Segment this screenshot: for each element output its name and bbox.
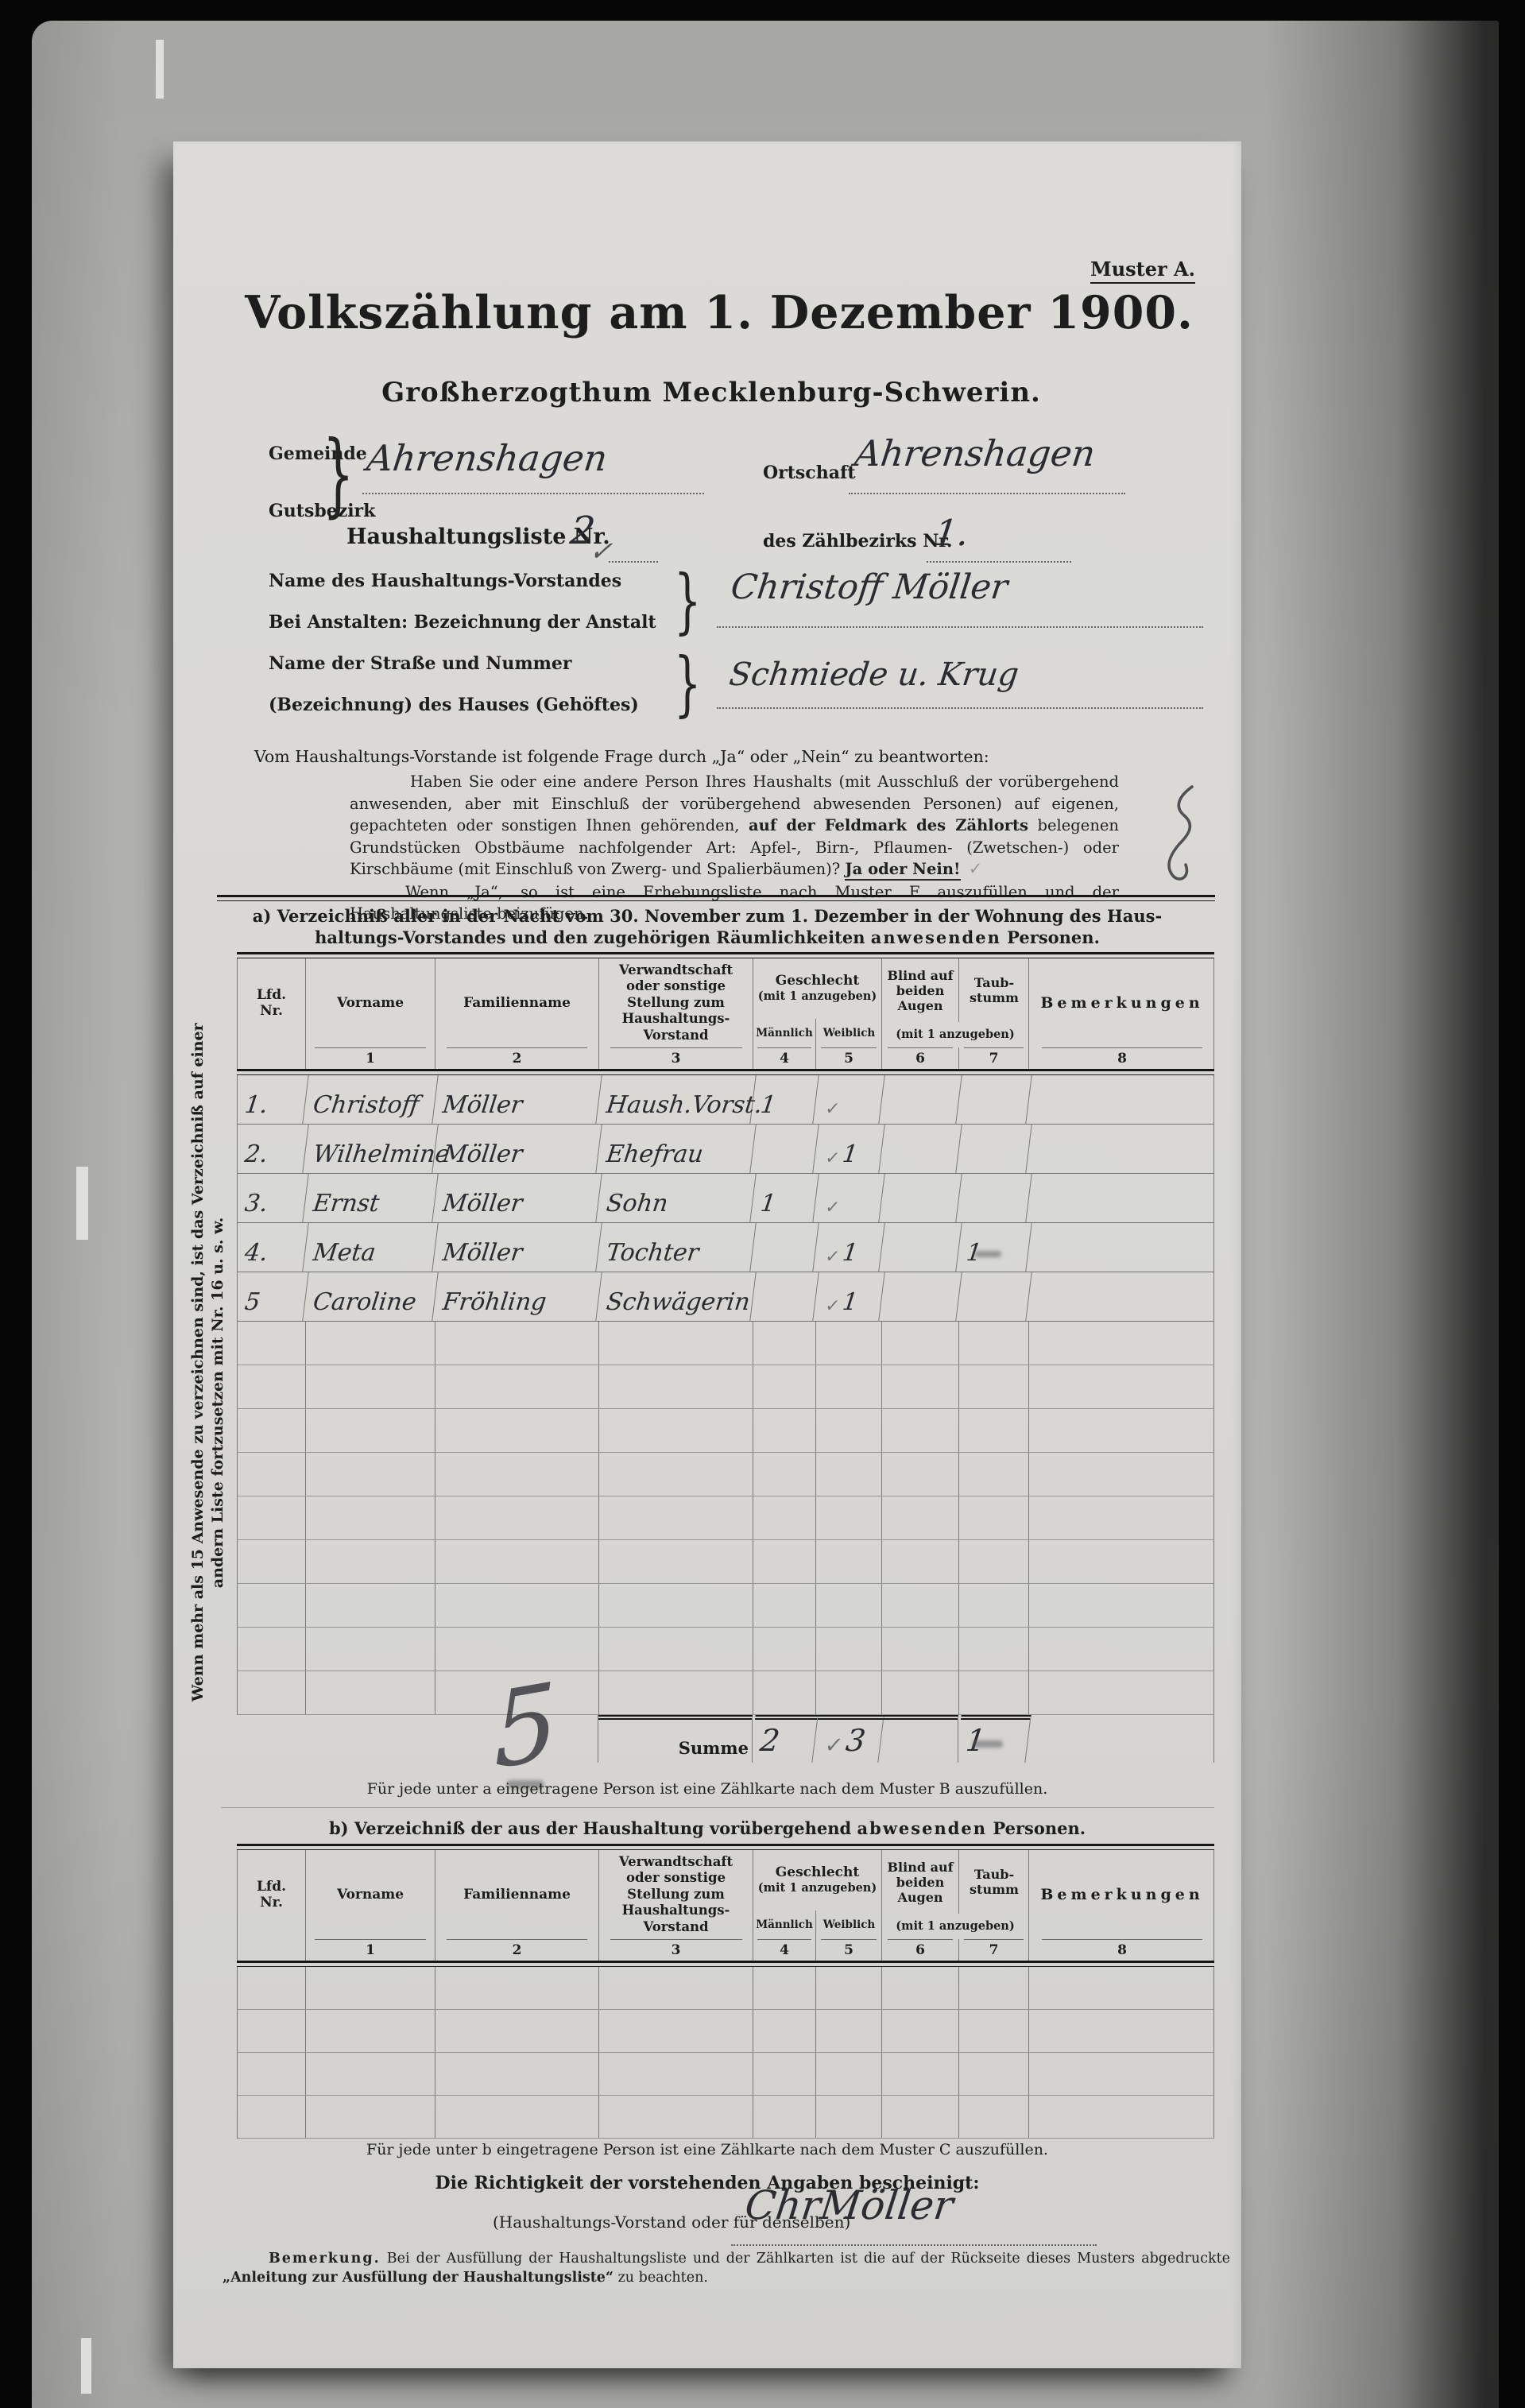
number-cell: 1: [306, 1939, 435, 1961]
census-form-sheet: Muster A. Volkszählung am 1. Dezember 19…: [173, 141, 1241, 2368]
dotted-line: [609, 561, 658, 563]
strasse-label: Name der Straße und Nummer: [269, 653, 571, 674]
table-row: 1.ChristoffMöllerHaush.Vorst.1✓: [237, 1075, 1214, 1125]
number-cell: 6: [882, 1047, 959, 1069]
col-header-weiblich: Weiblich: [816, 1911, 882, 1939]
table-row: 4.MetaMöllerTochter✓11: [237, 1223, 1214, 1272]
empty-cell: [435, 1628, 599, 1671]
check-mark: ✓: [824, 1247, 841, 1267]
empty-cell: [882, 1365, 959, 1408]
table-header-rule: [237, 1961, 1214, 1967]
page-subtitle: Großherzogthum Mecklenburg-Schwerin.: [173, 377, 1241, 408]
cell-weiblich: ✓: [813, 1174, 884, 1222]
table-header-row: Lfd.Nr.VornameFamiliennameVerwandtschaft…: [237, 1850, 1214, 1939]
col-header-maennlich: Männlich: [753, 1911, 816, 1939]
col-header-blind-taubstumm: Blind auf beiden AugenTaub- stumm(mit 1 …: [882, 1850, 1029, 1939]
empty-cell: [959, 1628, 1029, 1671]
empty-cell: [306, 2010, 435, 2052]
ortschaft-label: Ortschaft: [763, 463, 856, 483]
cell-blind: [879, 1223, 962, 1272]
check-mark: ✓: [824, 1099, 841, 1119]
empty-cell: [882, 1322, 959, 1365]
empty-cell: [1029, 2053, 1215, 2095]
cell-blind: [879, 1174, 962, 1222]
lfd-line1: Lfd.: [257, 987, 286, 1004]
empty-cell: [816, 2096, 882, 2138]
empty-table-row: [237, 2010, 1214, 2053]
empty-cell: [1029, 1584, 1215, 1627]
empty-cell: [1029, 2096, 1215, 2138]
table-row: 5CarolineFröhlingSchwägerin✓1: [237, 1272, 1214, 1322]
hand-value: 1: [841, 1239, 859, 1267]
hand-value: Tochter: [605, 1239, 700, 1267]
number-cell: 8: [1029, 1047, 1215, 1069]
number-cell: 4: [753, 1047, 816, 1069]
empty-cell: [753, 2053, 816, 2095]
col-header-blind-taubstumm: Blind auf beiden AugenTaub- stumm(mit 1 …: [882, 958, 1029, 1047]
empty-cell: [959, 1365, 1029, 1408]
cell-blind: [879, 1125, 962, 1173]
cell-vorname: Ernst: [303, 1174, 438, 1222]
heading-a-pre: haltungs-Vorstandes und den zugehörigen …: [315, 927, 871, 947]
empty-cell: [1029, 1496, 1215, 1539]
hand-value: 2: [758, 1723, 782, 1758]
hand-value: Caroline: [312, 1288, 418, 1316]
empty-cell: [599, 1453, 753, 1496]
col-header-familienname: Familienname: [435, 1850, 599, 1939]
section-divider: [217, 895, 1215, 901]
cell-stellung: Ehefrau: [596, 1125, 756, 1173]
number-cell: 2: [435, 1047, 599, 1069]
empty-cell: [959, 1409, 1029, 1452]
empty-cell: [753, 1453, 816, 1496]
remark-text-2: zu beachten.: [613, 2270, 708, 2286]
empty-cell: [816, 2053, 882, 2095]
table-anwesende: Lfd.Nr.VornameFamiliennameVerwandtschaft…: [237, 952, 1214, 1763]
empty-cell: [599, 1409, 753, 1452]
cell-nr: 4.: [234, 1223, 308, 1272]
empty-table-row: [237, 1322, 1214, 1365]
number-cell: 3: [599, 1939, 753, 1961]
summe-taubstumm: 1: [955, 1715, 1031, 1763]
question-paragraph: Haben Sie oder eine andere Person Ihres …: [350, 771, 1119, 881]
dotted-line: [717, 626, 1203, 628]
lfd-line2: Nr.: [260, 1895, 283, 1911]
cell-maennlich: [750, 1125, 819, 1173]
empty-cell: [753, 1365, 816, 1408]
number-cell: 7: [959, 1939, 1029, 1961]
column-numbers-row: 12345678: [237, 1939, 1214, 1961]
hand-value: Möller: [441, 1140, 524, 1168]
summe-label: Summe: [598, 1715, 753, 1763]
empty-cell: [238, 1671, 306, 1714]
hand-value: 1: [759, 1190, 777, 1218]
table-abwesende: Lfd.Nr.VornameFamiliennameVerwandtschaft…: [237, 1844, 1214, 2139]
empty-cell: [599, 1496, 753, 1539]
haus-label: (Bezeichnung) des Hauses (Gehöftes): [269, 695, 639, 715]
geschlecht-sub: (mit 1 anzugeben): [758, 1880, 877, 1897]
empty-cell: [753, 1496, 816, 1539]
table-row: 2.WilhelmineMöllerEhefrau✓1: [237, 1125, 1214, 1174]
empty-cell: [1029, 1967, 1215, 2009]
empty-cell: [599, 1540, 753, 1583]
thin-divider: [221, 1807, 1214, 1808]
cell-stellung: Haush.Vorst.: [596, 1075, 756, 1124]
empty-table-row: [237, 1365, 1214, 1409]
empty-cell: [1029, 1409, 1215, 1452]
blind-taub-sub: (mit 1 anzugeben): [882, 1914, 1028, 1939]
empty-cell: [882, 2010, 959, 2052]
side-note-line1: Wenn mehr als 15 Anwesende zu verzeichne…: [188, 1104, 208, 1701]
empty-cell: [753, 1409, 816, 1452]
empty-cell: [1029, 1365, 1215, 1408]
hand-value: 2.: [243, 1140, 269, 1168]
empty-cell: [238, 1322, 306, 1365]
hand-value: Ernst: [312, 1190, 381, 1218]
cell-familienname: Möller: [432, 1125, 602, 1173]
empty-cell: [306, 1671, 435, 1714]
cell-vorname: Christoff: [303, 1075, 438, 1124]
cell-blind: [879, 1272, 962, 1321]
scanned-census-image: Muster A. Volkszählung am 1. Dezember 19…: [0, 0, 1525, 2408]
empty-cell: [435, 1453, 599, 1496]
hand-value: 1: [759, 1091, 777, 1119]
empty-cell: [599, 1671, 753, 1714]
summe-blind: [881, 1715, 958, 1763]
empty-cell: [1029, 1628, 1215, 1671]
margin-tally-mark: 5: [491, 1659, 560, 1793]
number-cell: 6: [882, 1939, 959, 1961]
empty-cell: [599, 1584, 753, 1627]
zaehlbezirk-label: des Zählbezirks Nr.: [763, 531, 953, 552]
hand-value: Sohn: [605, 1190, 670, 1218]
cell-bemerkungen: [1026, 1075, 1217, 1124]
hand-value: Christoff: [312, 1091, 420, 1119]
muster-text: Muster A.: [1090, 257, 1195, 281]
empty-cell: [1029, 1671, 1215, 1714]
footer-b: Für jede unter b eingetragene Person ist…: [173, 2141, 1241, 2158]
cell-maennlich: [750, 1272, 819, 1321]
heading-b-pre: b) Verzeichniß der aus der Haushaltung v…: [329, 1818, 857, 1838]
number-cell: 8: [1029, 1939, 1215, 1961]
number-cell: [238, 1047, 306, 1069]
dotted-line: [717, 707, 1203, 709]
empty-cell: [238, 1365, 306, 1408]
col-header-maennlich: Männlich: [753, 1019, 816, 1047]
check-mark: ✓: [824, 1296, 841, 1316]
hand-value: 1: [841, 1140, 859, 1168]
empty-cell: [599, 2010, 753, 2052]
empty-cell: [1029, 1453, 1215, 1496]
col-header-bemerkungen: Bemerkungen: [1029, 1850, 1215, 1939]
section-a-heading-line1: a) Verzeichniß aller in der Nacht vom 30…: [173, 906, 1241, 926]
handwritten-answer-flourish: [1157, 782, 1206, 887]
empty-cell: [753, 2096, 816, 2138]
hand-value: Haush.Vorst.: [605, 1091, 764, 1119]
col-header-verwandtschaft: Verwandtschaft oder sonstige Stellung zu…: [599, 1850, 753, 1939]
summe-maennlich: 2: [749, 1715, 818, 1763]
geschlecht-sub: (mit 1 anzugeben): [758, 989, 877, 1005]
empty-cell: [435, 1496, 599, 1539]
number-cell: 3: [599, 1047, 753, 1069]
empty-cell: [306, 2053, 435, 2095]
column-numbers-row: 12345678: [237, 1047, 1214, 1069]
film-artifact: [156, 40, 164, 99]
vorstand-value: Christoff Möller: [729, 567, 1010, 607]
empty-cell: [306, 1628, 435, 1671]
certify-line: Die Richtigkeit der vorstehenden Angaben…: [173, 2173, 1241, 2193]
empty-cell: [599, 1322, 753, 1365]
empty-cell: [435, 1584, 599, 1627]
col-header-vorname: Vorname: [306, 958, 435, 1047]
cell-weiblich: ✓1: [813, 1125, 884, 1173]
empty-cell: [435, 2096, 599, 2138]
empty-table-row: [237, 1967, 1214, 2010]
empty-cell: [816, 1409, 882, 1452]
hand-value: Möller: [441, 1239, 524, 1267]
cell-bemerkungen: [1026, 1174, 1217, 1222]
cell-nr: 1.: [234, 1075, 308, 1124]
table-header-row: Lfd.Nr.VornameFamiliennameVerwandtschaft…: [237, 958, 1214, 1047]
heading-a-emph: anwesenden: [871, 927, 1001, 947]
cell-stellung: Tochter: [596, 1223, 756, 1272]
empty-cell: [238, 1453, 306, 1496]
hand-value: Schwägerin: [605, 1288, 752, 1316]
empty-cell: [599, 1628, 753, 1671]
remark-text-1: Bei der Ausfüllung der Haushaltungsliste…: [381, 2251, 1230, 2267]
cell-taubstumm: [956, 1174, 1032, 1222]
empty-cell: [306, 2096, 435, 2138]
empty-cell: [435, 1967, 599, 2009]
number-cell: 2: [435, 1939, 599, 1961]
question-intro: Vom Haushaltungs-Vorstande ist folgende …: [254, 747, 989, 766]
number-cell: [238, 1939, 306, 1961]
dotted-line: [362, 493, 704, 494]
empty-cell: [1029, 1540, 1215, 1583]
side-note-line2: andern Liste fortzusetzen mit Nr. 16 u. …: [208, 1104, 228, 1701]
strasse-value: Schmiede u. Krug: [727, 656, 1020, 693]
col-header-taubstumm: Taub- stumm: [959, 958, 1029, 1022]
empty-cell: [435, 2053, 599, 2095]
summe-weiblich: ✓3: [812, 1715, 884, 1763]
hand-value: Ehefrau: [605, 1140, 705, 1168]
cell-stellung: Schwägerin: [596, 1272, 756, 1321]
cell-taubstumm: [956, 1075, 1032, 1124]
empty-table-row: [237, 1540, 1214, 1584]
col-header-weiblich: Weiblich: [816, 1019, 882, 1047]
empty-cell: [959, 1496, 1029, 1539]
empty-cell: [238, 1496, 306, 1539]
hand-value: Möller: [441, 1190, 524, 1218]
cell-nr: 3.: [234, 1174, 308, 1222]
empty-cell: [753, 1628, 816, 1671]
cell-weiblich: ✓1: [813, 1223, 884, 1272]
pencil-check-icon: ✓: [969, 859, 983, 878]
cell-blind: [879, 1075, 962, 1124]
section-b-heading: b) Verzeichniß der aus der Haushaltung v…: [173, 1818, 1241, 1838]
empty-cell: [306, 1453, 435, 1496]
vorstand-label: Name des Haushaltungs-Vorstandes: [269, 571, 621, 591]
film-artifact: [81, 2338, 91, 2394]
empty-cell: [959, 1453, 1029, 1496]
empty-table-row: [237, 2053, 1214, 2096]
cell-maennlich: [750, 1223, 819, 1272]
page-title: Volkszählung am 1. Dezember 1900.: [173, 286, 1241, 339]
empty-table-row: [237, 1671, 1214, 1715]
cell-weiblich: ✓: [813, 1075, 884, 1124]
empty-cell: [882, 1671, 959, 1714]
empty-cell: [238, 1409, 306, 1452]
empty-cell: [816, 1967, 882, 2009]
hand-value: 3: [844, 1723, 868, 1758]
empty-cell: [1029, 2010, 1215, 2052]
cell-vorname: Meta: [303, 1223, 438, 1272]
empty-cell: [238, 1584, 306, 1627]
cell-vorname: Caroline: [303, 1272, 438, 1321]
empty-cell: [306, 1409, 435, 1452]
empty-cell: [1029, 1322, 1215, 1365]
empty-cell: [959, 2053, 1029, 2095]
empty-cell: [816, 1322, 882, 1365]
heading-a-post: Personen.: [1001, 927, 1100, 947]
cell-familienname: Möller: [432, 1223, 602, 1272]
empty-cell: [882, 2096, 959, 2138]
empty-cell: [599, 2053, 753, 2095]
remark-bold-intro: Bemerkung.: [269, 2251, 381, 2267]
empty-cell: [238, 1967, 306, 2009]
empty-cell: [599, 2096, 753, 2138]
cell-bemerkungen: [1026, 1125, 1217, 1173]
empty-cell: [306, 1322, 435, 1365]
geschlecht-label: Geschlecht: [776, 973, 859, 989]
empty-cell: [306, 1584, 435, 1627]
empty-cell: [816, 1584, 882, 1627]
table-row: 3.ErnstMöllerSohn1✓: [237, 1174, 1214, 1223]
signature: ChrMöller: [742, 2182, 955, 2228]
hand-value: 1.: [243, 1091, 269, 1119]
empty-cell: [599, 1967, 753, 2009]
col-header-blind: Blind auf beiden Augen: [882, 958, 959, 1022]
empty-cell: [959, 1967, 1029, 2009]
hand-value: 4.: [243, 1239, 269, 1267]
haushaltungsliste-check: ✓: [588, 536, 614, 567]
col-header-geschlecht: Geschlecht(mit 1 anzugeben)MännlichWeibl…: [753, 958, 882, 1047]
empty-cell: [816, 1540, 882, 1583]
cell-bemerkungen: [1026, 1223, 1217, 1272]
empty-table-row: [237, 1496, 1214, 1540]
col-header-verwandtschaft: Verwandtschaft oder sonstige Stellung zu…: [599, 958, 753, 1047]
heading-b-emph: abwesenden: [857, 1818, 988, 1838]
empty-cell: [882, 1453, 959, 1496]
empty-cell: [238, 2096, 306, 2138]
empty-cell: [882, 1496, 959, 1539]
empty-table-row: [237, 1409, 1214, 1453]
remark-block: Bemerkung. Bei der Ausfüllung der Hausha…: [223, 2249, 1230, 2287]
pencil-smudge: [974, 1251, 1001, 1257]
empty-cell: [435, 1540, 599, 1583]
check-mark: ✓: [824, 1148, 841, 1168]
empty-cell: [753, 1671, 816, 1714]
table-top-rule: [237, 952, 1214, 958]
table-top-rule: [237, 1844, 1214, 1850]
dotted-line: [849, 493, 1125, 494]
col-header-taubstumm: Taub- stumm: [959, 1850, 1029, 1914]
empty-cell: [882, 1409, 959, 1452]
footer-a: Für jede unter a eingetragene Person ist…: [173, 1780, 1241, 1798]
film-artifact: [76, 1167, 88, 1240]
hand-value: Wilhelmine: [312, 1140, 451, 1168]
number-cell: 1: [306, 1047, 435, 1069]
lfd-line2: Nr.: [260, 1003, 283, 1020]
cell-nr: 2.: [234, 1125, 308, 1173]
empty-cell: [816, 1671, 882, 1714]
empty-cell: [882, 1628, 959, 1671]
empty-cell: [816, 1496, 882, 1539]
zaehlbezirk-value: 1.: [932, 512, 971, 554]
hand-value: 5: [243, 1288, 261, 1316]
brace-icon: }: [674, 566, 701, 637]
check-mark: ✓: [824, 1198, 841, 1218]
empty-cell: [306, 1365, 435, 1408]
cell-vorname: Wilhelmine: [303, 1125, 438, 1173]
side-note-vertical: Wenn mehr als 15 Anwesende zu verzeichne…: [188, 1104, 231, 1701]
empty-cell: [882, 1540, 959, 1583]
empty-cell: [306, 1967, 435, 2009]
empty-cell: [816, 1628, 882, 1671]
cell-taubstumm: 1: [956, 1223, 1032, 1272]
hand-value: 1: [841, 1288, 859, 1316]
cell-nr: 5: [234, 1272, 308, 1321]
empty-cell: [959, 1671, 1029, 1714]
cell-taubstumm: [956, 1125, 1032, 1173]
empty-table-row: [237, 2096, 1214, 2139]
empty-cell: [959, 2096, 1029, 2138]
empty-cell: [959, 1584, 1029, 1627]
empty-cell: [959, 1540, 1029, 1583]
empty-cell: [306, 1540, 435, 1583]
ortschaft-value: Ahrenshagen: [853, 432, 1097, 474]
muster-label: Muster A.: [1090, 257, 1195, 284]
empty-cell: [238, 2053, 306, 2095]
empty-cell: [238, 1540, 306, 1583]
blind-taub-sub: (mit 1 anzugeben): [882, 1022, 1028, 1047]
heading-b-post: Personen.: [987, 1818, 1086, 1838]
hand-value: Meta: [312, 1239, 377, 1267]
check-mark: ✓: [823, 1733, 845, 1758]
number-cell: 4: [753, 1939, 816, 1961]
empty-cell: [882, 1584, 959, 1627]
empty-cell: [238, 1628, 306, 1671]
empty-cell: [753, 1540, 816, 1583]
anstalt-label: Bei Anstalten: Bezeichnung der Anstalt: [269, 612, 656, 633]
cell-familienname: Fröhling: [432, 1272, 602, 1321]
number-cell: 5: [816, 1047, 882, 1069]
question-ja-nein: Ja oder Nein!: [845, 860, 960, 881]
number-cell: 5: [816, 1939, 882, 1961]
hand-value: Möller: [441, 1091, 524, 1119]
col-header-familienname: Familienname: [435, 958, 599, 1047]
summe-bemerkungen: [1028, 1715, 1214, 1763]
empty-cell: [882, 2053, 959, 2095]
empty-cell: [306, 1496, 435, 1539]
brace-icon: }: [674, 648, 701, 719]
cell-maennlich: 1: [750, 1075, 819, 1124]
gemeinde-value: Ahrenshagen: [365, 437, 610, 479]
cell-taubstumm: [956, 1272, 1032, 1321]
empty-cell: [599, 1365, 753, 1408]
cell-familienname: Möller: [432, 1075, 602, 1124]
empty-cell: [959, 2010, 1029, 2052]
